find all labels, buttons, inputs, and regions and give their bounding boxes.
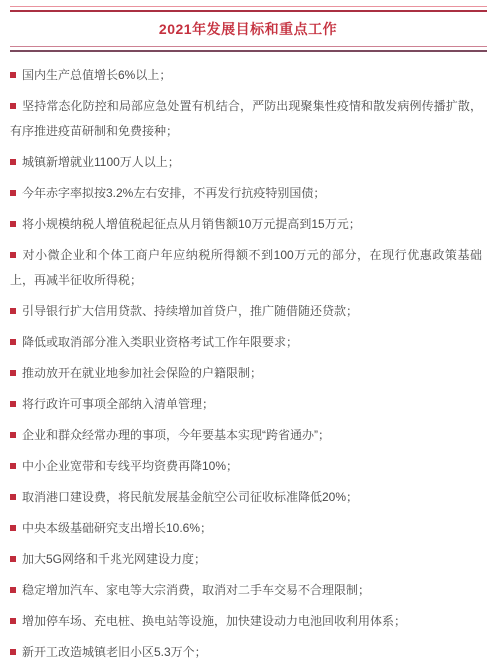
list-item: 增加停车场、充电桩、换电站等设施，加快建设动力电池回收利用体系； bbox=[10, 609, 482, 634]
bullet-square-icon bbox=[10, 103, 16, 109]
list-item: 对小微企业和个体工商户年应纳税所得额不到100万元的部分，在现行优惠政策基础上，… bbox=[10, 243, 482, 293]
list-item-text: 降低或取消部分准入类职业资格考试工作年限要求； bbox=[22, 335, 298, 349]
bullet-square-icon bbox=[10, 649, 16, 655]
list-item: 稳定增加汽车、家电等大宗消费，取消对二手车交易不合理限制； bbox=[10, 578, 482, 603]
list-item-text: 新开工改造城镇老旧小区5.3万个； bbox=[22, 645, 207, 659]
list-item: 加大5G网络和千兆光网建设力度； bbox=[10, 547, 482, 572]
list-item-text: 稳定增加汽车、家电等大宗消费，取消对二手车交易不合理限制； bbox=[22, 583, 370, 597]
list-item: 新开工改造城镇老旧小区5.3万个； bbox=[10, 640, 482, 665]
list-item-text: 坚持常态化防控和局部应急处置有机结合，严防出现聚集性疫情和散发病例传播扩散，有序… bbox=[10, 99, 482, 138]
bullet-square-icon bbox=[10, 463, 16, 469]
list-item: 推动放开在就业地参加社会保险的户籍限制； bbox=[10, 361, 482, 386]
bullet-square-icon bbox=[10, 252, 16, 258]
bullet-square-icon bbox=[10, 401, 16, 407]
list-item: 坚持常态化防控和局部应急处置有机结合，严防出现聚集性疫情和散发病例传播扩散，有序… bbox=[10, 94, 482, 144]
list-item-text: 增加停车场、充电桩、换电站等设施，加快建设动力电池回收利用体系； bbox=[22, 614, 406, 628]
list-item: 将行政许可事项全部纳入清单管理； bbox=[10, 392, 482, 417]
bullet-square-icon bbox=[10, 556, 16, 562]
bullet-square-icon bbox=[10, 159, 16, 165]
bullet-square-icon bbox=[10, 72, 16, 78]
bullet-square-icon bbox=[10, 587, 16, 593]
list-item-text: 加大5G网络和千兆光网建设力度； bbox=[22, 552, 206, 566]
list-item: 引导银行扩大信用贷款、持续增加首贷户，推广随借随还贷款； bbox=[10, 299, 482, 324]
list-item-text: 中央本级基础研究支出增长10.6%； bbox=[22, 521, 212, 535]
bullet-square-icon bbox=[10, 370, 16, 376]
bullet-square-icon bbox=[10, 190, 16, 196]
list-item: 将小规模纳税人增值税起征点从月销售额10万元提高到15万元； bbox=[10, 212, 482, 237]
list-item-text: 将行政许可事项全部纳入清单管理； bbox=[22, 397, 214, 411]
list-item-text: 将小规模纳税人增值税起征点从月销售额10万元提高到15万元； bbox=[22, 217, 361, 231]
list-item-text: 取消港口建设费，将民航发展基金航空公司征收标准降低20%； bbox=[22, 490, 358, 504]
list-item: 中小企业宽带和专线平均资费再降10%； bbox=[10, 454, 482, 479]
bullet-square-icon bbox=[10, 525, 16, 531]
top-double-rule bbox=[10, 6, 487, 12]
bullet-square-icon bbox=[10, 308, 16, 314]
list-item: 国内生产总值增长6%以上； bbox=[10, 63, 482, 88]
bullet-square-icon bbox=[10, 339, 16, 345]
rule-line-dark bbox=[10, 50, 487, 52]
list-item: 城镇新增就业1100万人以上； bbox=[10, 150, 482, 175]
list-item-text: 对小微企业和个体工商户年应纳税所得额不到100万元的部分，在现行优惠政策基础上，… bbox=[10, 248, 482, 287]
bottom-double-rule bbox=[10, 46, 487, 52]
rule-line-dark bbox=[10, 10, 487, 12]
goal-list: 国内生产总值增长6%以上；坚持常态化防控和局部应急处置有机结合，严防出现聚集性疫… bbox=[0, 63, 496, 665]
bullet-square-icon bbox=[10, 494, 16, 500]
list-item-text: 推动放开在就业地参加社会保险的户籍限制； bbox=[22, 366, 262, 380]
bullet-square-icon bbox=[10, 221, 16, 227]
list-item: 降低或取消部分准入类职业资格考试工作年限要求； bbox=[10, 330, 482, 355]
list-item: 今年赤字率拟按3.2%左右安排，不再发行抗疫特别国债； bbox=[10, 181, 482, 206]
list-item: 企业和群众经常办理的事项，今年要基本实现“跨省通办”； bbox=[10, 423, 482, 448]
list-item-text: 引导银行扩大信用贷款、持续增加首贷户，推广随借随还贷款； bbox=[22, 304, 358, 318]
page-title: 2021年发展目标和重点工作 bbox=[0, 19, 496, 39]
header: 2021年发展目标和重点工作 bbox=[0, 0, 496, 52]
list-item: 中央本级基础研究支出增长10.6%； bbox=[10, 516, 482, 541]
bullet-square-icon bbox=[10, 618, 16, 624]
list-item: 取消港口建设费，将民航发展基金航空公司征收标准降低20%； bbox=[10, 485, 482, 510]
list-item-text: 国内生产总值增长6%以上； bbox=[22, 68, 171, 82]
rule-line-light bbox=[10, 6, 487, 7]
rule-line-light bbox=[10, 46, 487, 47]
list-item-text: 企业和群众经常办理的事项，今年要基本实现“跨省通办”； bbox=[22, 428, 330, 442]
bullet-square-icon bbox=[10, 432, 16, 438]
list-item-text: 中小企业宽带和专线平均资费再降10%； bbox=[22, 459, 238, 473]
list-item-text: 城镇新增就业1100万人以上； bbox=[22, 155, 180, 169]
list-item-text: 今年赤字率拟按3.2%左右安排，不再发行抗疫特别国债； bbox=[22, 186, 325, 200]
document-page: 2021年发展目标和重点工作 国内生产总值增长6%以上；坚持常态化防控和局部应急… bbox=[0, 0, 496, 670]
